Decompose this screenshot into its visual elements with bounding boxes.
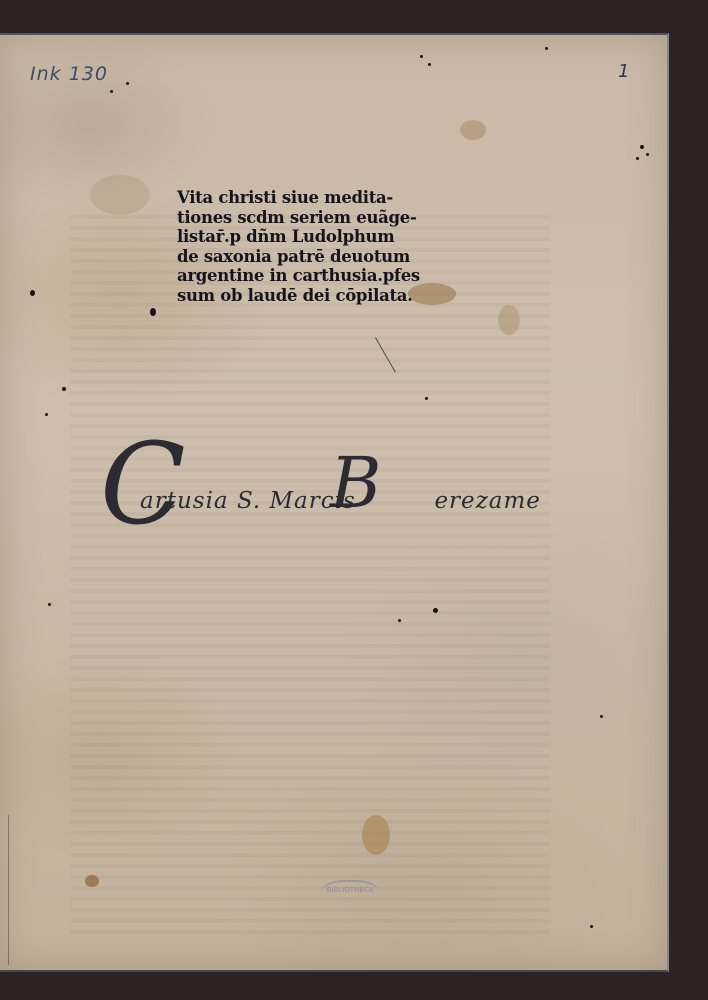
printed-title-block: Vita christi siue medita- tiones scdm se… <box>177 188 432 305</box>
scratch-mark <box>8 815 9 965</box>
wormhole <box>636 157 639 160</box>
wormhole <box>48 603 51 606</box>
wormhole <box>433 608 438 613</box>
wormhole <box>62 387 66 391</box>
title-line: argentine in carthusia.pfes <box>177 266 432 286</box>
stamp-line: BIBLIOTHECA <box>320 886 380 895</box>
wormhole <box>398 619 401 622</box>
inscription-initial-c: C <box>100 420 186 550</box>
scratch-mark <box>375 337 396 372</box>
wormhole <box>590 925 593 928</box>
title-line: de saxonia patrē deuotum <box>177 247 432 267</box>
inscription-part-1: artusia S. Marcis <box>140 488 356 514</box>
ownership-inscription: C artusia S. Marcis erezame B <box>100 430 540 560</box>
stain <box>460 120 486 140</box>
title-line: listar̄.p dñm Ludolphum <box>177 227 432 247</box>
stain <box>498 305 520 335</box>
wormhole <box>30 290 35 296</box>
wormhole <box>110 90 113 93</box>
wormhole <box>425 397 428 400</box>
stamp-line: · · · · · · · <box>320 895 380 904</box>
inscription-part-2: erezame <box>434 488 540 514</box>
wormhole <box>45 413 48 416</box>
wormhole <box>545 47 548 50</box>
stain <box>90 175 150 215</box>
wormhole <box>420 55 423 58</box>
folio-number: 1 <box>618 61 629 82</box>
show-through-text <box>70 215 550 935</box>
stain <box>85 875 99 887</box>
wormhole <box>600 715 603 718</box>
title-line: sum ob laudē dei cōpilata. <box>177 286 432 306</box>
library-stamp: BIBLIOTHECA · · · · · · · <box>320 880 380 914</box>
wormhole <box>640 145 644 149</box>
stain <box>362 815 390 855</box>
shelfmark-annotation: Ink 130 <box>30 63 108 85</box>
title-line: tiones scdm seriem euãge- <box>177 208 432 228</box>
wormhole <box>428 63 431 66</box>
title-line: Vita christi siue medita- <box>177 188 432 208</box>
manuscript-page: Ink 130 1 Vita christi siue medita- tion… <box>0 33 669 972</box>
wormhole <box>150 308 156 316</box>
inscription-initial-b: B <box>330 442 381 524</box>
wormhole <box>126 82 129 85</box>
wormhole <box>646 153 649 156</box>
